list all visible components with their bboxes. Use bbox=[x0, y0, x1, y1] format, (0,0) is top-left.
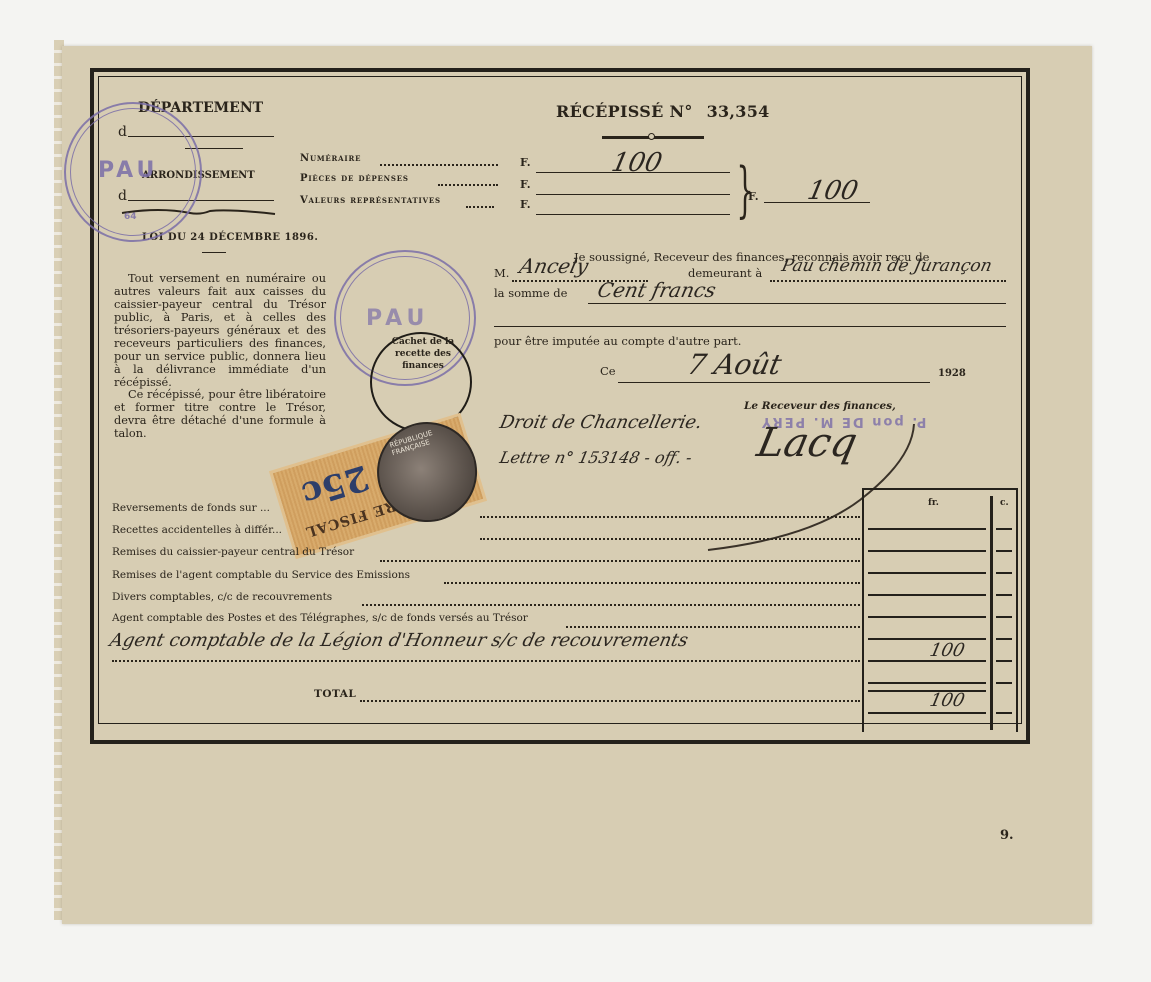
loi-underline bbox=[202, 252, 226, 253]
notice-paragraph-2: Ce récépissé, pour être libératoire et f… bbox=[114, 388, 326, 440]
ledger-row-3: Remises du caissier-payeur central du Tr… bbox=[112, 546, 354, 558]
m-prefix: M. bbox=[494, 266, 509, 280]
pieces-label: Pièces de dépenses bbox=[300, 173, 409, 184]
currency-1: F. bbox=[520, 156, 531, 169]
stamp-city: PAU bbox=[98, 158, 158, 183]
ledger-dots-4 bbox=[444, 582, 860, 584]
sum-words: Cent francs bbox=[595, 278, 718, 302]
signatory-label: Le Receveur des finances, bbox=[744, 400, 896, 412]
stamp-dept-number: 64 bbox=[124, 212, 137, 222]
title-ornament bbox=[602, 136, 704, 139]
ledger-row-5: Divers comptables, c/c de recouvrements bbox=[112, 591, 332, 603]
numeraire-amount: 100 bbox=[609, 148, 665, 178]
dot-leader-1 bbox=[380, 164, 498, 166]
date-value: 7 Août bbox=[684, 348, 784, 381]
numeraire-label: Numéraire bbox=[300, 153, 361, 164]
cent-line-4 bbox=[996, 594, 1012, 596]
stamp-city-2: PAU bbox=[366, 306, 429, 331]
sum-line bbox=[588, 303, 1006, 304]
amount-line-5 bbox=[868, 616, 986, 618]
francs-header: fr. bbox=[928, 498, 939, 508]
centimes-header: c. bbox=[1000, 498, 1009, 508]
cachet-label: Cachet de la recette des finances bbox=[383, 336, 463, 372]
ledger-dots-3 bbox=[380, 560, 860, 562]
cent-line-5 bbox=[996, 616, 1012, 618]
cent-line-2 bbox=[996, 550, 1012, 552]
treasury-stamp-top: PAU 64 bbox=[64, 102, 202, 242]
amount-line-3 bbox=[868, 572, 986, 574]
amount-line-6 bbox=[868, 638, 986, 640]
ledger-dots-1 bbox=[480, 516, 860, 518]
total-label: TOTAL bbox=[314, 688, 356, 700]
payer-name: Ancely bbox=[517, 254, 590, 278]
sum-line-2 bbox=[494, 326, 1006, 327]
cent-line-3 bbox=[996, 572, 1012, 574]
ledger-amount-row-7: 100 bbox=[928, 640, 967, 661]
amount-line-9 bbox=[868, 690, 986, 692]
ledger-dots-5 bbox=[362, 604, 860, 606]
page-number: 9. bbox=[1000, 828, 1014, 843]
currency-3: F. bbox=[520, 198, 531, 211]
ledger-row-7-handwritten: Agent comptable de la Légion d'Honneur s… bbox=[108, 630, 690, 651]
currency-2: F. bbox=[520, 178, 531, 191]
title-text: RÉCÉPISSÉ N° bbox=[556, 102, 693, 121]
dot-leader-2 bbox=[438, 184, 498, 186]
year: 1928 bbox=[938, 368, 966, 379]
annotation-line-1: Droit de Chancellerie. bbox=[498, 412, 704, 433]
receipt-number: 33,354 bbox=[707, 102, 770, 121]
amount-line-4 bbox=[868, 594, 986, 596]
ledger-total-amount: 100 bbox=[928, 690, 967, 711]
cent-line-8 bbox=[996, 682, 1012, 684]
ledger-row-6: Agent comptable des Postes et des Télégr… bbox=[112, 612, 528, 624]
residence-line bbox=[770, 280, 1006, 282]
loi-reference: LOI DU 24 DÉCEMBRE 1896. bbox=[142, 232, 318, 243]
total-amount-top: 100 bbox=[805, 176, 861, 206]
ledger-dots-7 bbox=[112, 660, 860, 662]
ledger-row-2: Recettes accidentelles à différ... bbox=[112, 524, 282, 536]
residence-value: Pau chemin de Jurançon bbox=[780, 256, 994, 276]
amount-line-8 bbox=[868, 682, 986, 684]
ledger-dots-6 bbox=[566, 626, 860, 628]
amount-line-1 bbox=[868, 528, 986, 530]
valeurs-label: Valeurs représentatives bbox=[300, 195, 441, 206]
cent-line-9 bbox=[996, 712, 1012, 714]
ledger-row-1: Reversements de fonds sur ... bbox=[112, 502, 270, 514]
valeurs-field-line bbox=[536, 214, 730, 215]
sum-label: la somme de bbox=[494, 286, 567, 300]
receipt-title: RÉCÉPISSÉ N° 33,354 bbox=[556, 102, 770, 121]
amount-column-separator bbox=[990, 496, 993, 730]
date-prefix: Ce bbox=[600, 364, 616, 378]
cent-line-1 bbox=[996, 528, 1012, 530]
dot-leader-3 bbox=[466, 206, 494, 208]
cent-line-7 bbox=[996, 660, 1012, 662]
notice-paragraph-1: Tout versement en numéraire ou autres va… bbox=[114, 272, 326, 389]
cent-line-6 bbox=[996, 638, 1012, 640]
imputation-text: pour être imputée au compte d'autre part… bbox=[494, 334, 741, 348]
ledger-dots-2 bbox=[480, 538, 860, 540]
annotation-line-2: Lettre n° 153148 - off. - bbox=[498, 448, 694, 467]
total-currency: F. bbox=[748, 190, 759, 203]
amount-line-10 bbox=[868, 712, 986, 714]
amount-line-2 bbox=[868, 550, 986, 552]
total-dots bbox=[360, 700, 860, 702]
pieces-field-line bbox=[536, 194, 730, 195]
ledger-row-4: Remises de l'agent comptable du Service … bbox=[112, 569, 410, 581]
date-line bbox=[618, 382, 930, 383]
